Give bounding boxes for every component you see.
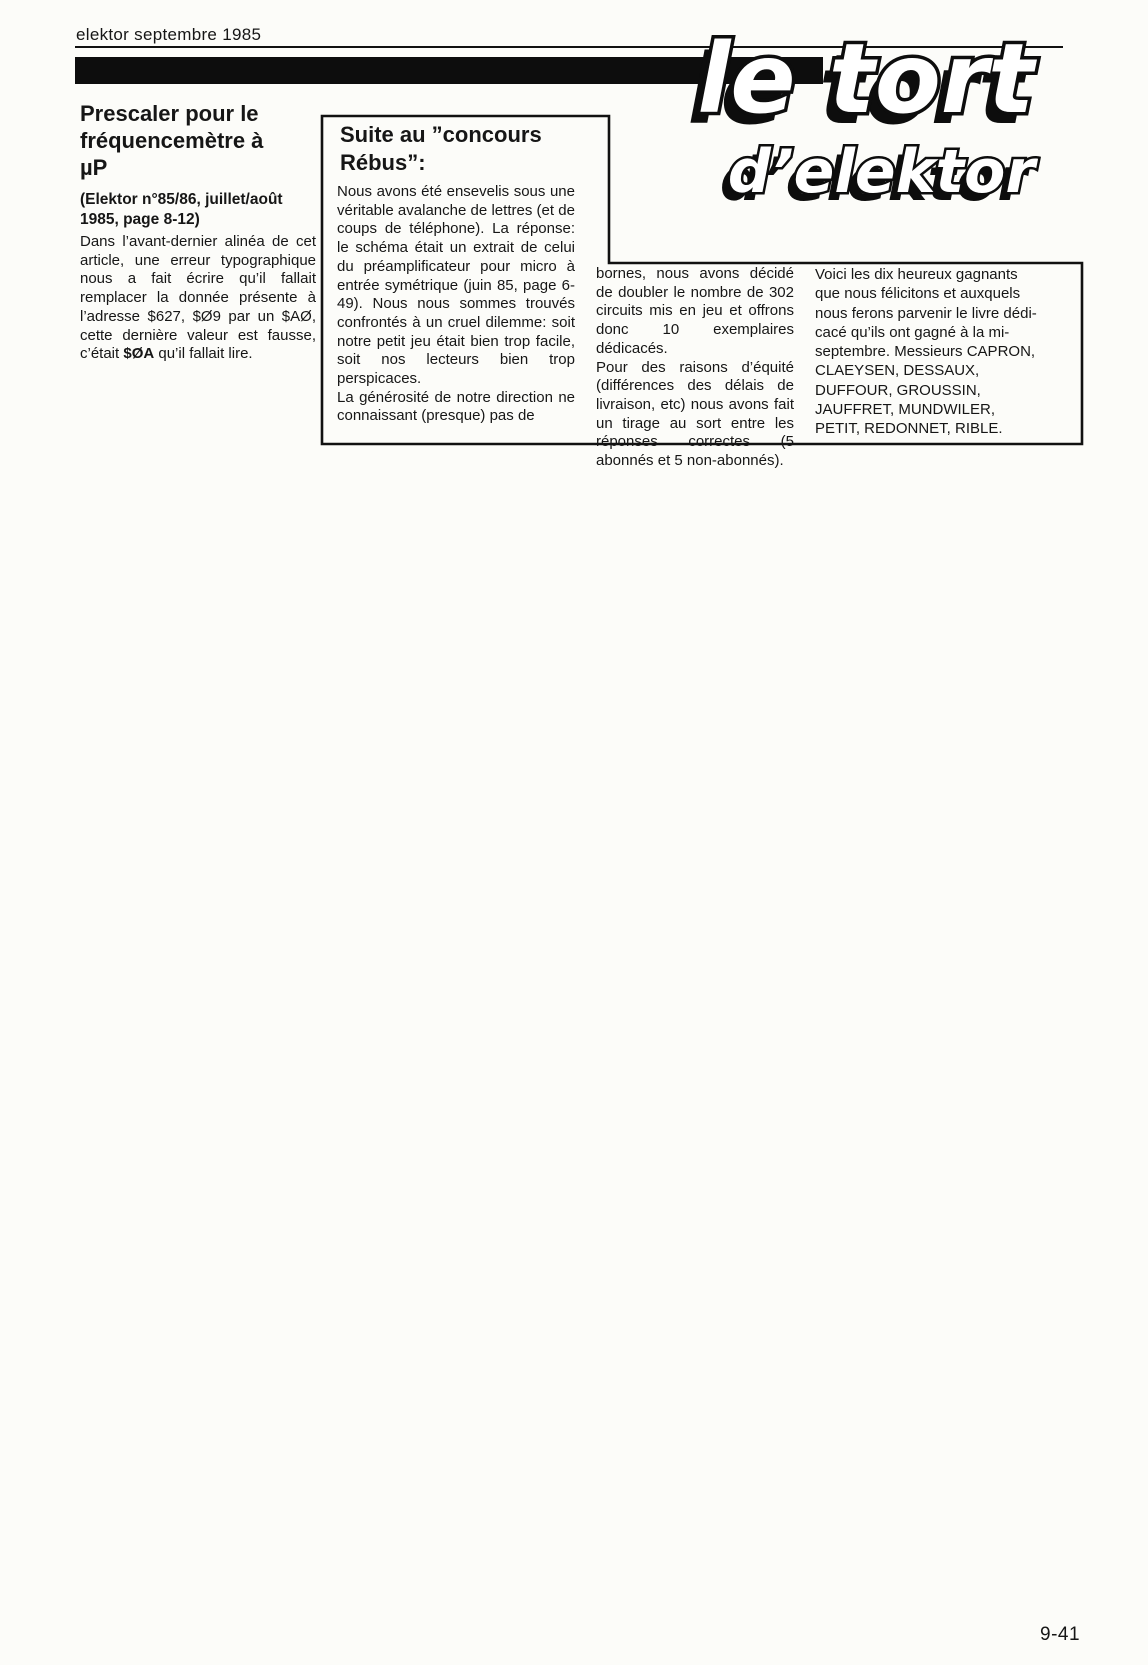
prescaler-body-end: qu’il fallait lire. — [154, 345, 252, 362]
rebus-col2-paragraph-2: Pour des raisons d’équité (différences d… — [596, 359, 794, 471]
rebus-title: Suite au ”concours Rébus”: — [340, 121, 575, 177]
rebus-col2-paragraph-1: bornes, nous avons décidé de doubler le … — [596, 265, 794, 359]
rebus-col1-paragraph-2: La générosité de notre direction ne conn… — [337, 389, 575, 426]
page-number: 9-41 — [1040, 1624, 1080, 1646]
prescaler-title: Prescaler pour le fréquencemètre à µP — [80, 100, 320, 181]
section-logo: le tort le tort d’elektor d’elektor — [690, 0, 1148, 235]
prescaler-body: Dans l’avant-dernier alinéa de cet artic… — [80, 233, 316, 364]
rebus-column-2: bornes, nous avons décidé de doubler le … — [596, 265, 794, 471]
prescaler-reference: (Elektor n°85/86, juillet/août 1985, pag… — [80, 190, 320, 229]
logo-line2: d’elektor — [728, 137, 1039, 207]
rebus-column-1: Nous avons été ensevelis sous une vérita… — [337, 183, 575, 426]
rebus-col1-paragraph-1: Nous avons été ensevelis sous une vérita… — [337, 183, 575, 389]
issue-label: elektor septembre 1985 — [76, 25, 261, 45]
prescaler-hex-value: $ØA — [123, 345, 154, 362]
rebus-column-3-winners: Voici les dix heureux gagnants que nous … — [815, 265, 1077, 439]
logo-line1: le tort — [697, 23, 1037, 135]
prescaler-body-text: Dans l’avant-dernier alinéa de cet artic… — [80, 233, 316, 362]
